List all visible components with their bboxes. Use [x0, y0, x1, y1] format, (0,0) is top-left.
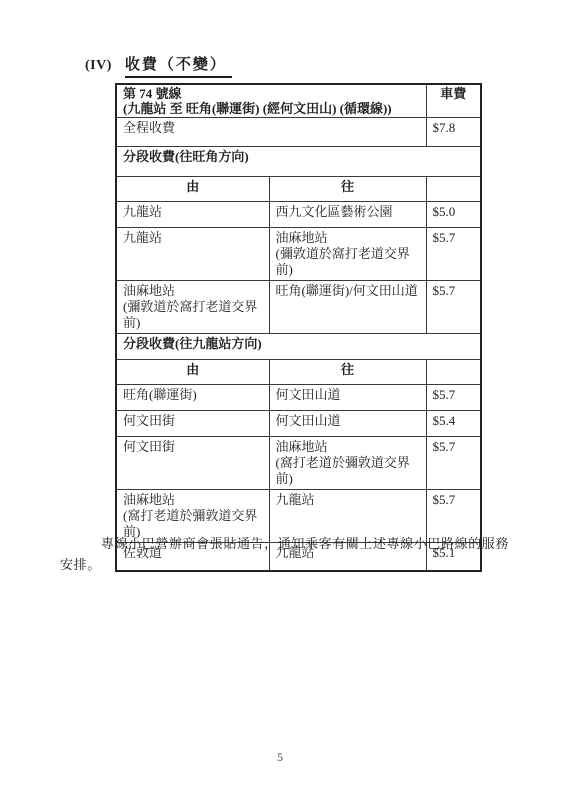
from-station-detail: (彌敦道於窩打老道交界前) [123, 299, 263, 331]
to-station-detail: (窩打老道於彌敦道交界前) [276, 455, 420, 487]
column-header-row: 由 往 [116, 360, 481, 385]
from-cell: 九龍站 [116, 228, 269, 281]
route-title-cell: 第 74 號線 (九龍站 至 旺角(聯運街) (經何文田山) (循環線)) [116, 84, 426, 118]
footer-line: 安排。 [60, 554, 530, 575]
section-title-row: 分段收費(往旺角方向) [116, 147, 481, 177]
to-header: 往 [269, 177, 426, 202]
route-header-row: 第 74 號線 (九龍站 至 旺角(聯運街) (經何文田山) (循環線)) 車費 [116, 84, 481, 118]
fare-value: $5.7 [426, 437, 481, 490]
fare-value: $5.7 [426, 281, 481, 334]
route-description: (九龍站 至 旺角(聯運街) (經何文田山) (循環線)) [123, 101, 420, 116]
from-cell: 何文田街 [116, 411, 269, 437]
section-title-cell: 分段收費(往九龍站方向) [116, 334, 481, 360]
to-station-detail: (彌敦道於窩打老道交界前) [276, 246, 420, 278]
from-cell: 旺角(聯運街) [116, 385, 269, 411]
fare-value: $5.0 [426, 202, 481, 228]
from-station: 何文田街 [123, 439, 263, 455]
to-station: 油麻地站 [276, 439, 420, 455]
to-station: 西九文化區藝術公園 [276, 204, 420, 220]
from-cell: 油麻地站 (彌敦道於窩打老道交界前) [116, 281, 269, 334]
document-page: (IV)收費（不變） 第 74 號線 (九龍站 至 旺角(聯運街) (經何文田山… [0, 0, 566, 800]
to-header: 往 [269, 360, 426, 385]
footer-paragraph: 專線小巴營辦商會張貼通告，通知乘客有關上述專線小巴路線的服務 安排。 [60, 533, 530, 575]
column-header-row: 由 往 [116, 177, 481, 202]
to-cell: 西九文化區藝術公園 [269, 202, 426, 228]
fare-value: $5.7 [426, 385, 481, 411]
from-station: 何文田街 [123, 413, 263, 429]
fare-value: $5.4 [426, 411, 481, 437]
fare-row: 何文田街 何文田山道 $5.4 [116, 411, 481, 437]
fare-row: 何文田街 油麻地站 (窩打老道於彌敦道交界前) $5.7 [116, 437, 481, 490]
to-station: 何文田山道 [276, 387, 420, 403]
empty-header-cell [426, 177, 481, 202]
to-cell: 何文田山道 [269, 411, 426, 437]
fare-value: $7.8 [426, 118, 481, 147]
from-header: 由 [116, 177, 269, 202]
page-number: 5 [270, 750, 290, 765]
fare-column-header: 車費 [426, 84, 481, 118]
footer-line: 專線小巴營辦商會張貼通告，通知乘客有關上述專線小巴路線的服務 [60, 533, 530, 554]
to-station: 何文田山道 [276, 413, 420, 429]
fare-row: 油麻地站 (彌敦道於窩打老道交界前) 旺角(聯運街)/何文田山道 $5.7 [116, 281, 481, 334]
fare-table: 第 74 號線 (九龍站 至 旺角(聯運街) (經何文田山) (循環線)) 車費… [115, 83, 482, 572]
fare-value: $5.7 [426, 228, 481, 281]
section-title-cell: 分段收費(往旺角方向) [116, 147, 481, 177]
to-cell: 油麻地站 (窩打老道於彌敦道交界前) [269, 437, 426, 490]
route-number: 第 74 號線 [123, 86, 420, 101]
to-cell: 何文田山道 [269, 385, 426, 411]
fare-row: 旺角(聯運街) 何文田山道 $5.7 [116, 385, 481, 411]
fare-row: 九龍站 油麻地站 (彌敦道於窩打老道交界前) $5.7 [116, 228, 481, 281]
to-station: 九龍站 [276, 492, 420, 508]
from-station: 旺角(聯運街) [123, 387, 263, 403]
from-station: 九龍站 [123, 204, 263, 220]
from-header: 由 [116, 360, 269, 385]
from-station: 九龍站 [123, 230, 263, 246]
to-station: 旺角(聯運街)/何文田山道 [276, 283, 420, 299]
section-label: (IV) [85, 58, 112, 73]
section-title: 收費（不變） [125, 53, 232, 78]
from-station: 油麻地站 [123, 283, 263, 299]
section-heading: (IV)收費（不變） [85, 53, 232, 78]
fare-row: 九龍站 西九文化區藝術公園 $5.0 [116, 202, 481, 228]
to-station: 油麻地站 [276, 230, 420, 246]
from-cell: 何文田街 [116, 437, 269, 490]
to-cell: 油麻地站 (彌敦道於窩打老道交界前) [269, 228, 426, 281]
full-fare-label: 全程收費 [116, 118, 426, 147]
from-station: 油麻地站 [123, 492, 263, 508]
to-cell: 旺角(聯運街)/何文田山道 [269, 281, 426, 334]
full-fare-row: 全程收費 $7.8 [116, 118, 481, 147]
from-cell: 九龍站 [116, 202, 269, 228]
section-title-row: 分段收費(往九龍站方向) [116, 334, 481, 360]
empty-header-cell [426, 360, 481, 385]
